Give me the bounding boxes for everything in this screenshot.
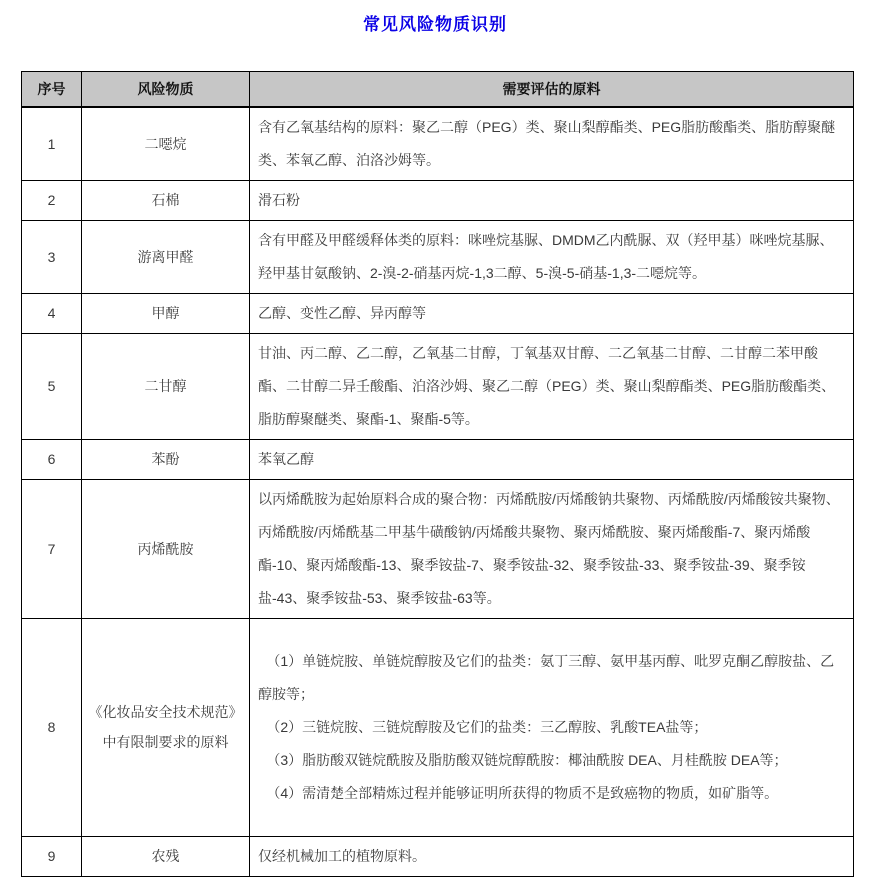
risk-substance-cell: 《化妆品安全技术规范》中有限制要求的原料 (82, 618, 250, 836)
materials-paragraph: 滑石粉 (258, 184, 845, 217)
materials-paragraph: 以丙烯酰胺为起始原料合成的聚合物：丙烯酰胺/丙烯酸钠共聚物、丙烯酰胺/丙烯酸铵共… (258, 483, 845, 615)
materials-paragraph: 甘油、丙二醇、乙二醇，乙氧基二甘醇，丁氧基双甘醇、二乙氧基二甘醇、二甘醇二苯甲酸… (258, 337, 845, 436)
risk-substance-cell: 游离甲醛 (82, 220, 250, 293)
table-row: 3游离甲醛含有甲醛及甲醛缓释体类的原料：咪唑烷基脲、DMDM乙内酰脲、双（羟甲基… (22, 220, 854, 293)
risk-substance-cell: 丙烯酰胺 (82, 479, 250, 618)
row-number-cell: 6 (22, 439, 82, 479)
row-number-cell: 4 (22, 293, 82, 333)
materials-cell: （1）单链烷胺、单链烷醇胺及它们的盐类：氨丁三醇、氨甲基丙醇、吡罗克酮乙醇胺盐、… (250, 618, 854, 836)
materials-cell: 仅经机械加工的植物原料。 (250, 836, 854, 876)
risk-substance-cell: 二甘醇 (82, 333, 250, 439)
risk-substances-table: 序号 风险物质 需要评估的原料 1二噁烷含有乙氧基结构的原料：聚乙二醇（PEG）… (21, 71, 854, 877)
materials-paragraph: （1）单链烷胺、单链烷醇胺及它们的盐类：氨丁三醇、氨甲基丙醇、吡罗克酮乙醇胺盐、… (258, 645, 845, 711)
row-number-cell: 8 (22, 618, 82, 836)
materials-paragraph: 含有甲醛及甲醛缓释体类的原料：咪唑烷基脲、DMDM乙内酰脲、双（羟甲基）咪唑烷基… (258, 224, 845, 290)
row-number-cell: 7 (22, 479, 82, 618)
table-row: 7丙烯酰胺以丙烯酰胺为起始原料合成的聚合物：丙烯酰胺/丙烯酸钠共聚物、丙烯酰胺/… (22, 479, 854, 618)
materials-cell: 苯氧乙醇 (250, 439, 854, 479)
column-header-materials-to-evaluate: 需要评估的原料 (250, 72, 854, 107)
table-body: 1二噁烷含有乙氧基结构的原料：聚乙二醇（PEG）类、聚山梨醇酯类、PEG脂肪酸酯… (22, 107, 854, 877)
table-row: 4甲醇乙醇、变性乙醇、异丙醇等 (22, 293, 854, 333)
materials-cell: 含有甲醛及甲醛缓释体类的原料：咪唑烷基脲、DMDM乙内酰脲、双（羟甲基）咪唑烷基… (250, 220, 854, 293)
materials-paragraph: 乙醇、变性乙醇、异丙醇等 (258, 297, 845, 330)
row-number-cell: 5 (22, 333, 82, 439)
table-header-row: 序号 风险物质 需要评估的原料 (22, 72, 854, 107)
row-number-cell: 3 (22, 220, 82, 293)
table-row: 5二甘醇甘油、丙二醇、乙二醇，乙氧基二甘醇，丁氧基双甘醇、二乙氧基二甘醇、二甘醇… (22, 333, 854, 439)
materials-paragraph: 含有乙氧基结构的原料：聚乙二醇（PEG）类、聚山梨醇酯类、PEG脂肪酸酯类、脂肪… (258, 111, 845, 177)
materials-paragraph: （3）脂肪酸双链烷酰胺及脂肪酸双链烷醇酰胺：椰油酰胺 DEA、月桂酰胺 DEA等… (258, 744, 845, 777)
column-header-number: 序号 (22, 72, 82, 107)
row-number-cell: 1 (22, 107, 82, 181)
risk-substance-cell: 农残 (82, 836, 250, 876)
column-header-risk-substance: 风险物质 (82, 72, 250, 107)
risk-substance-cell: 石棉 (82, 180, 250, 220)
risk-substance-cell: 二噁烷 (82, 107, 250, 181)
row-number-cell: 2 (22, 180, 82, 220)
table-row: 6苯酚苯氧乙醇 (22, 439, 854, 479)
table-row: 1二噁烷含有乙氧基结构的原料：聚乙二醇（PEG）类、聚山梨醇酯类、PEG脂肪酸酯… (22, 107, 854, 181)
materials-cell: 含有乙氧基结构的原料：聚乙二醇（PEG）类、聚山梨醇酯类、PEG脂肪酸酯类、脂肪… (250, 107, 854, 181)
materials-cell: 甘油、丙二醇、乙二醇，乙氧基二甘醇，丁氧基双甘醇、二乙氧基二甘醇、二甘醇二苯甲酸… (250, 333, 854, 439)
materials-paragraph: 仅经机械加工的植物原料。 (258, 840, 845, 873)
materials-paragraph: （4）需清楚全部精炼过程并能够证明所获得的物质不是致癌物的物质，如矿脂等。 (258, 777, 845, 810)
materials-cell: 以丙烯酰胺为起始原料合成的聚合物：丙烯酰胺/丙烯酸钠共聚物、丙烯酰胺/丙烯酸铵共… (250, 479, 854, 618)
table-row: 8《化妆品安全技术规范》中有限制要求的原料（1）单链烷胺、单链烷醇胺及它们的盐类… (22, 618, 854, 836)
table-row: 2石棉滑石粉 (22, 180, 854, 220)
table-row: 9农残仅经机械加工的植物原料。 (22, 836, 854, 876)
page-title: 常见风险物质识别 (0, 10, 870, 35)
document-page: 常见风险物质识别 序号 风险物质 需要评估的原料 1二噁烷含有乙氧基结构的原料：… (0, 0, 870, 877)
risk-substance-cell: 甲醇 (82, 293, 250, 333)
risk-substance-cell: 苯酚 (82, 439, 250, 479)
materials-cell: 滑石粉 (250, 180, 854, 220)
materials-paragraph: 苯氧乙醇 (258, 443, 845, 476)
materials-paragraph: （2）三链烷胺、三链烷醇胺及它们的盐类：三乙醇胺、乳酸TEA盐等； (258, 711, 845, 744)
row-number-cell: 9 (22, 836, 82, 876)
materials-cell: 乙醇、变性乙醇、异丙醇等 (250, 293, 854, 333)
